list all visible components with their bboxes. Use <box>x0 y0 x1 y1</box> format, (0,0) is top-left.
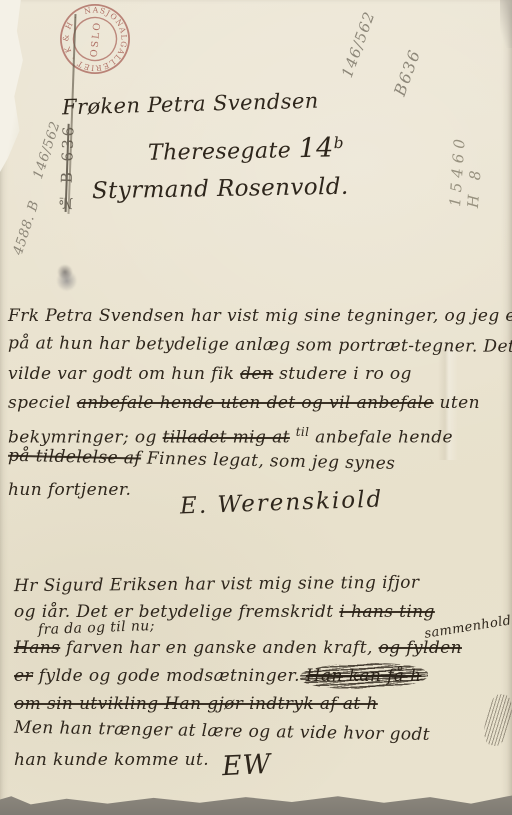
text-segment: hun fortjener. <box>8 480 131 500</box>
text-segment: Finnes legat, som jeg synes <box>141 449 396 474</box>
text-segment: Han kan få h <box>306 666 422 686</box>
handwritten-line: på at hun har betydelige anlæg som portr… <box>8 329 508 361</box>
letter-paragraph-2: Hr Sigurd Eriksen har vist mig sine ting… <box>14 570 510 774</box>
text-segment: om sin utvikling Han gjør indtryk af at … <box>14 694 378 714</box>
text-segment: og fylden <box>379 638 462 658</box>
text-segment: Frk Petra Svendsen har vist mig sine teg… <box>8 306 512 326</box>
handwritten-line: speciel anbefale hende uten det og vil a… <box>8 389 508 418</box>
handwritten-line: om sin utvikling Han gjør indtryk af at … <box>14 690 510 718</box>
text-segment: på at hun har betydelige anlæg som portr… <box>8 333 512 357</box>
handwritten-line: Hr Sigurd Eriksen har vist mig sine ting… <box>14 568 510 600</box>
ink-smudge <box>50 260 84 298</box>
scanned-letter: NASJONALGALLERIET · K & H · OSLO 146/562… <box>0 0 512 815</box>
text-segment: vilde var godt om hun fik <box>8 364 240 384</box>
text-segment: på tildelelse af <box>8 446 141 469</box>
text-segment: Hr Sigurd Eriksen har vist mig sine ting… <box>14 573 420 597</box>
text-segment: studere i ro og <box>273 364 412 384</box>
text-segment: Styrmand Rosenvold. <box>92 174 349 204</box>
text-segment: Men han trænger at lære og at vide hvor … <box>14 718 430 745</box>
street-number-suffix: b <box>333 134 344 152</box>
text-segment: er <box>14 666 33 686</box>
text-segment: den <box>240 364 273 384</box>
handwritten-line: er fylde og gode modsætninger. Han kan f… <box>14 662 510 690</box>
address-street: Theresegate 14b <box>148 132 345 166</box>
text-segment: i hans ting <box>339 602 435 622</box>
text-segment: farven har en ganske anden kraft, <box>60 638 378 658</box>
text-segment: han kunde komme ut. <box>14 750 209 770</box>
text-segment: Theresegate <box>148 138 292 165</box>
address-co-line: Styrmand Rosenvold. <box>92 174 349 204</box>
letter-paragraph-1: Frk Petra Svendsen har vist mig sine teg… <box>8 302 508 505</box>
text-segment: Hans <box>14 638 60 658</box>
text-segment: speciel <box>8 393 77 413</box>
handwritten-line: vilde var godt om hun fik den studere i … <box>8 360 508 389</box>
text-segment: uten <box>434 393 480 413</box>
text-segment: fylde og gode modsætninger. <box>33 666 306 686</box>
handwritten-line: Frk Petra Svendsen har vist mig sine teg… <box>8 302 508 331</box>
handwritten-line: Men han trænger at lære og at vide hvor … <box>14 714 510 751</box>
text-segment: anbefale hende uten det og vil anbefale <box>77 393 434 413</box>
stamp-center-text: OSLO <box>89 20 104 57</box>
signature-initials: EW <box>221 749 272 783</box>
text-segment: til <box>296 425 310 439</box>
text-segment: og iår. Det er betydelige fremskridt <box>14 602 339 622</box>
street-number: 14 <box>298 132 334 164</box>
pencil-note-right-edge: 15460 H 8 <box>446 133 487 208</box>
text-segment: anbefale hende <box>309 428 453 448</box>
paper-corner-shadow <box>500 0 512 48</box>
